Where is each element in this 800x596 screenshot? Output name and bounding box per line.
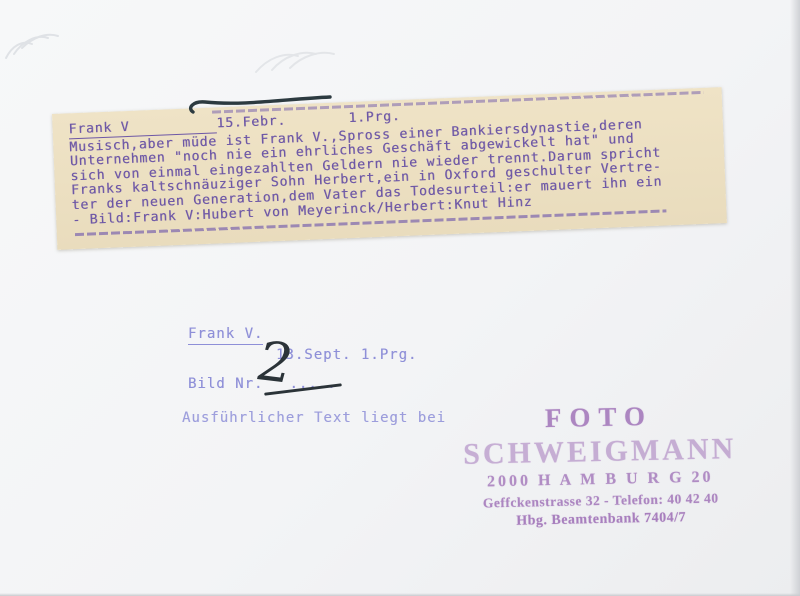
caption-slip-text: Frank V 15.Febr. 1.Prg. Musisch,aber müd… (68, 98, 716, 229)
press-photo-verso: Frank V 15.Febr. 1.Prg. Musisch,aber müd… (0, 0, 800, 596)
stamp-foto: FOTO (431, 398, 768, 436)
photo-title: Frank V. (188, 326, 263, 345)
photo-date-line: 13.Sept. 1.Prg. (276, 347, 417, 363)
pen-strike-mark (186, 92, 336, 118)
photo-edge-shadow-right (790, 0, 800, 596)
stamp-bank: Hbg. Beamtenbank 7404/7 (433, 508, 769, 531)
photographer-stamp: FOTO SCHWEIGMANN 2000 H A M B U R G 20 G… (431, 398, 770, 531)
pencil-squiggle-mark (2, 18, 62, 68)
pencil-squiggle-mark (250, 42, 340, 82)
stamp-name: SCHWEIGMANN (431, 431, 768, 472)
caption-program: 1.Prg. (348, 110, 401, 128)
caption-slip: Frank V 15.Febr. 1.Prg. Musisch,aber müd… (52, 87, 727, 250)
photo-note: Ausführlicher Text liegt bei (182, 410, 446, 426)
